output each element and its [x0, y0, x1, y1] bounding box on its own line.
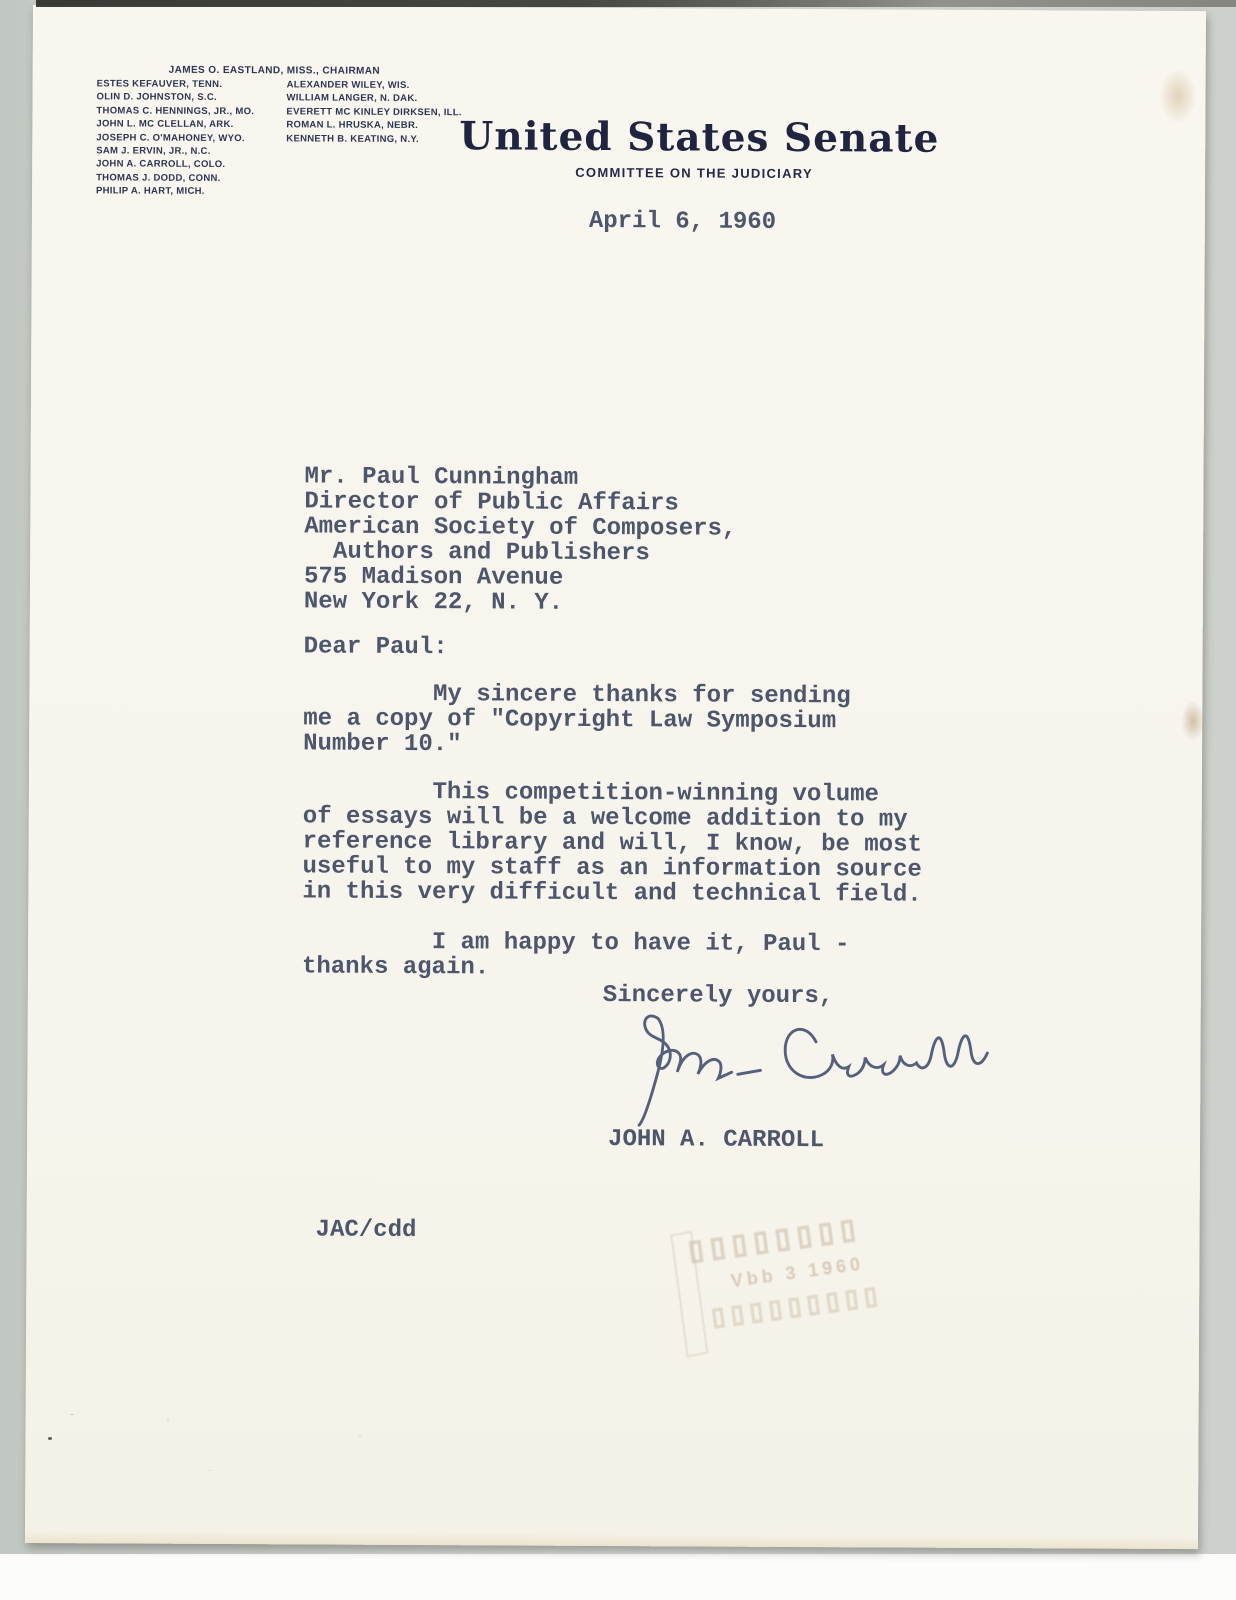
senator-name: WILLIAM LANGER, N. DAK. [286, 92, 461, 106]
senators-right-column: ALEXANDER WILEY, WIS.WILLIAM LANGER, N. … [286, 78, 462, 146]
senators-left-column: ESTES KEFAUVER, TENN.OLIN D. JOHNSTON, S… [96, 77, 254, 198]
body-paragraph-1: My sincere thanks for sendingme a copy o… [303, 681, 851, 759]
address-line: American Society of Composers, [304, 514, 736, 541]
address-line: Director of Public Affairs [304, 489, 736, 516]
address-line: Mr. Paul Cunningham [304, 464, 736, 491]
salutation: Dear Paul: [304, 634, 448, 660]
senator-name: EVERETT MC KINLEY DIRKSEN, ILL. [286, 105, 461, 119]
chairman-line: JAMES O. EASTLAND, MISS., CHAIRMAN [169, 65, 380, 77]
body-paragraph-3: I am happy to have it, Paul -thanks agai… [302, 929, 850, 982]
senator-name: KENNETH B. KEATING, N.Y. [286, 132, 461, 146]
body-paragraph-2: This competition-winning volumeof essays… [302, 779, 922, 907]
typist-reference: JAC/cdd [316, 1217, 417, 1243]
senator-name: ALEXANDER WILEY, WIS. [287, 78, 462, 92]
letter-page: JAMES O. EASTLAND, MISS., CHAIRMAN ESTES… [25, 5, 1206, 1549]
paper-specks [48, 1437, 52, 1440]
received-stamp: ▯▯▯▯▯▯▯▯ Vbb 3 1960 ▯▯▯▯▯▯▯▯▯ [685, 1182, 1002, 1371]
paper-stain [1152, 58, 1204, 134]
senate-masthead: United States Senate [459, 115, 929, 159]
body-line: in this very difficult and technical fie… [302, 879, 921, 907]
recipient-address: Mr. Paul CunninghamDirector of Public Af… [304, 464, 737, 616]
senator-name: OLIN D. JOHNSTON, S.C. [96, 91, 254, 105]
committee-name: COMMITTEE ON THE JUDICIARY [459, 164, 929, 181]
typed-signature-name: JOHN A. CARROLL [608, 1127, 824, 1153]
signature-script [604, 1009, 995, 1131]
scan-edge-shadow [36, 0, 1236, 7]
paper-stain [1176, 692, 1210, 750]
scanner-bed-bottom [0, 1554, 1236, 1600]
address-line: Authors and Publishers [304, 539, 736, 566]
address-line: 575 Madison Avenue [304, 564, 736, 591]
senator-name: JOHN A. CARROLL, COLO. [96, 158, 254, 172]
senator-name: JOHN L. MC CLELLAN, ARK. [96, 118, 254, 132]
senator-name: ESTES KEFAUVER, TENN. [97, 77, 255, 91]
senator-name: THOMAS J. DODD, CONN. [96, 171, 254, 185]
letterhead: United States Senate COMMITTEE ON THE JU… [459, 115, 929, 181]
body-line: thanks again. [302, 954, 849, 982]
senator-name: PHILIP A. HART, MICH. [96, 185, 254, 199]
address-line: New York 22, N. Y. [304, 589, 736, 616]
senator-name: ROMAN L. HRUSKA, NEBR. [286, 119, 461, 133]
body-line: Number 10." [303, 731, 850, 759]
closing-line: Sincerely yours, [603, 983, 834, 1009]
senator-name: THOMAS C. HENNINGS, JR., MO. [96, 104, 254, 118]
senator-name: SAM J. ERVIN, JR., N.C. [96, 144, 254, 158]
senator-name: JOSEPH C. O'MAHONEY, WYO. [96, 131, 254, 145]
letter-date: April 6, 1960 [589, 209, 776, 235]
